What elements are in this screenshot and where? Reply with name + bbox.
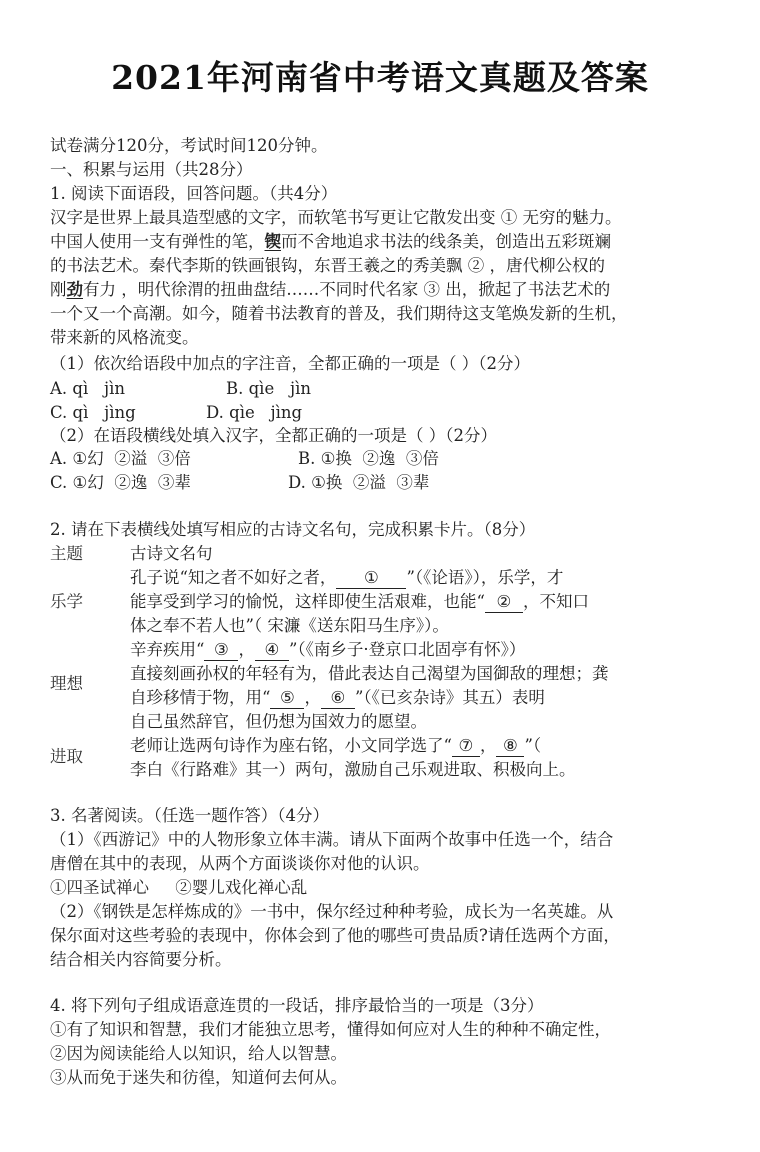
blank-3[interactable]: ③: [204, 640, 238, 661]
passage-text: 中国人使用一支有弹性的笔，: [50, 232, 265, 251]
page-title: 2021年河南省中考语文真题及答案: [50, 58, 710, 98]
row-theme-lixiang: 理想: [50, 672, 83, 696]
table-header-content: 古诗文名句: [130, 542, 213, 566]
q1-sub2-stem: （2）在语段横线处填入汉字，全都正确的一项是（ ）（2分）: [50, 424, 497, 448]
option-c: C. ①幻 ②逸 ③辈: [50, 471, 288, 495]
q1-passage-line: 带来新的风格流变。: [50, 326, 199, 350]
option-a: A. qì jìn: [50, 377, 226, 401]
exam-intro: 试卷满分120分，考试时间120分钟。: [50, 134, 328, 158]
passage-text: 有力 ，明代徐渭的扭曲盘结……不同时代名家 ③ 出，掀起了书法艺术的: [83, 280, 610, 299]
q3-sub2-line: 结合相关内容简要分析。: [50, 948, 232, 972]
row-line: 辛弃疾用“③，④”（《南乡子·登京口北固亭有怀》）: [130, 638, 525, 662]
option-b: B. ①换 ②逸 ③倍: [298, 447, 439, 471]
blank-1[interactable]: ①: [336, 568, 406, 589]
q4-sentence-2: ②因为阅读能给人以知识，给人以智慧。: [50, 1042, 347, 1066]
q3-sub1-line: （1）《西游记》中的人物形象立体丰满。请从下面两个故事中任选一个，结合: [50, 828, 613, 852]
row-line: 孔子说“知之者不如好之者，①”（《论语》），乐学，才: [130, 566, 563, 590]
row-line: 自己虽然辞官，但仍想为国效力的愿望。: [130, 710, 427, 734]
table-header-theme: 主题: [50, 542, 83, 566]
row-line: 老师让选两句诗作为座右铭，小文同学选了“⑦，⑧”（: [130, 734, 541, 758]
row-line: 李白《行路难》其一）两句，激励自己乐观进取、积极向上。: [130, 758, 576, 782]
q3-sub2-line: （2）《钢铁是怎样炼成的》一书中，保尔经过种种考验，成长为一名英雄。从: [50, 900, 613, 924]
q4-sentence-3: ③从而免于迷失和彷徨，知道何去何从。: [50, 1066, 347, 1090]
option-d: D. qìe jìng: [206, 401, 302, 425]
q1-passage-line: 汉字是世界上最具造型感的文字，而软笔书写更让它散发出变 ① 无穷的魅力。: [50, 206, 622, 230]
option-d: D. ①换 ②溢 ③辈: [288, 471, 429, 495]
passage-text: 而不舍地追求书法的线条美，创造出五彩斑斓: [281, 232, 611, 251]
dotted-character: 劲: [67, 280, 84, 299]
q1-passage-line: 刚劲有力 ，明代徐渭的扭曲盘结……不同时代名家 ③ 出，掀起了书法艺术的: [50, 278, 610, 302]
option-b: B. qìe jìn: [226, 377, 311, 401]
blank-5[interactable]: ⑤: [270, 688, 304, 709]
q1-sub2-options-row: A. ①幻 ②溢 ③倍B. ①换 ②逸 ③倍: [50, 447, 439, 471]
q3-stem: 3. 名著阅读。（任选一题作答）（4分）: [50, 804, 329, 828]
q1-stem: 1. 阅读下面语段，回答问题。（共4分）: [50, 182, 337, 206]
passage-text: 刚: [50, 280, 67, 299]
blank-8[interactable]: ⑧: [496, 736, 524, 757]
q1-passage-line: 一个又一个高潮。如今，随着书法教育的普及，我们期待这支笔焕发新的生机，: [50, 302, 628, 326]
blank-2[interactable]: ②: [485, 592, 523, 613]
blank-4[interactable]: ④: [255, 640, 289, 661]
q3-story-options: ①四圣试禅心 ②婴儿戏化禅心乱: [50, 876, 307, 900]
q1-sub1-options-row: A. qì jìnB. qìe jìn: [50, 377, 311, 401]
option-c: C. qì jìng: [50, 401, 206, 425]
row-line: 体之奉不若人也”（ 宋濂《送东阳马生序》）。: [130, 614, 449, 638]
row-line: 自珍移情于物，用“⑤，⑥”（《已亥杂诗》其五）表明: [130, 686, 545, 710]
q1-sub1-options-row: C. qì jìngD. qìe jìng: [50, 401, 302, 425]
option-a: A. ①幻 ②溢 ③倍: [50, 447, 298, 471]
q1-sub2-options-row: C. ①幻 ②逸 ③辈D. ①换 ②溢 ③辈: [50, 471, 429, 495]
row-line: 能享受到学习的愉悦，这样即使生活艰难，也能“②，不知口: [130, 590, 589, 614]
q1-passage-line: 的书法艺术。秦代李斯的铁画银钩，东晋王羲之的秀美飘 ② ，唐代柳公权的: [50, 254, 605, 278]
blank-7[interactable]: ⑦: [452, 736, 480, 757]
blank-6[interactable]: ⑥: [321, 688, 355, 709]
row-line: 直接刻画孙权的年轻有为，借此表达自己渴望为国御敌的理想；龚: [130, 662, 609, 686]
dotted-character: 锲: [265, 232, 282, 251]
q4-stem: 4. 将下列句子组成语意连贯的一段话，排序最恰当的一项是（3分）: [50, 994, 544, 1018]
row-theme-jinqu: 进取: [50, 745, 83, 769]
q3-sub1-line: 唐僧在其中的表现，从两个方面谈谈你对他的认识。: [50, 852, 430, 876]
q3-sub2-line: 保尔面对这些考验的表现中，你体会到了他的哪些可贵品质?请任选两个方面，: [50, 924, 620, 948]
q1-passage-line: 中国人使用一支有弹性的笔，锲而不舍地追求书法的线条美，创造出五彩斑斓: [50, 230, 611, 254]
q4-sentence-1: ①有了知识和智慧，我们才能独立思考，懂得如何应对人生的种种不确定性，: [50, 1018, 611, 1042]
q1-sub1-stem: （1）依次给语段中加点的字注音，全都正确的一项是（ ）（2分）: [50, 352, 530, 376]
row-theme-lexue: 乐学: [50, 590, 83, 614]
section-heading: 一、积累与运用（共28分）: [50, 158, 253, 182]
q2-stem: 2. 请在下表横线处填写相应的古诗文名句，完成积累卡片。（8分）: [50, 518, 535, 542]
